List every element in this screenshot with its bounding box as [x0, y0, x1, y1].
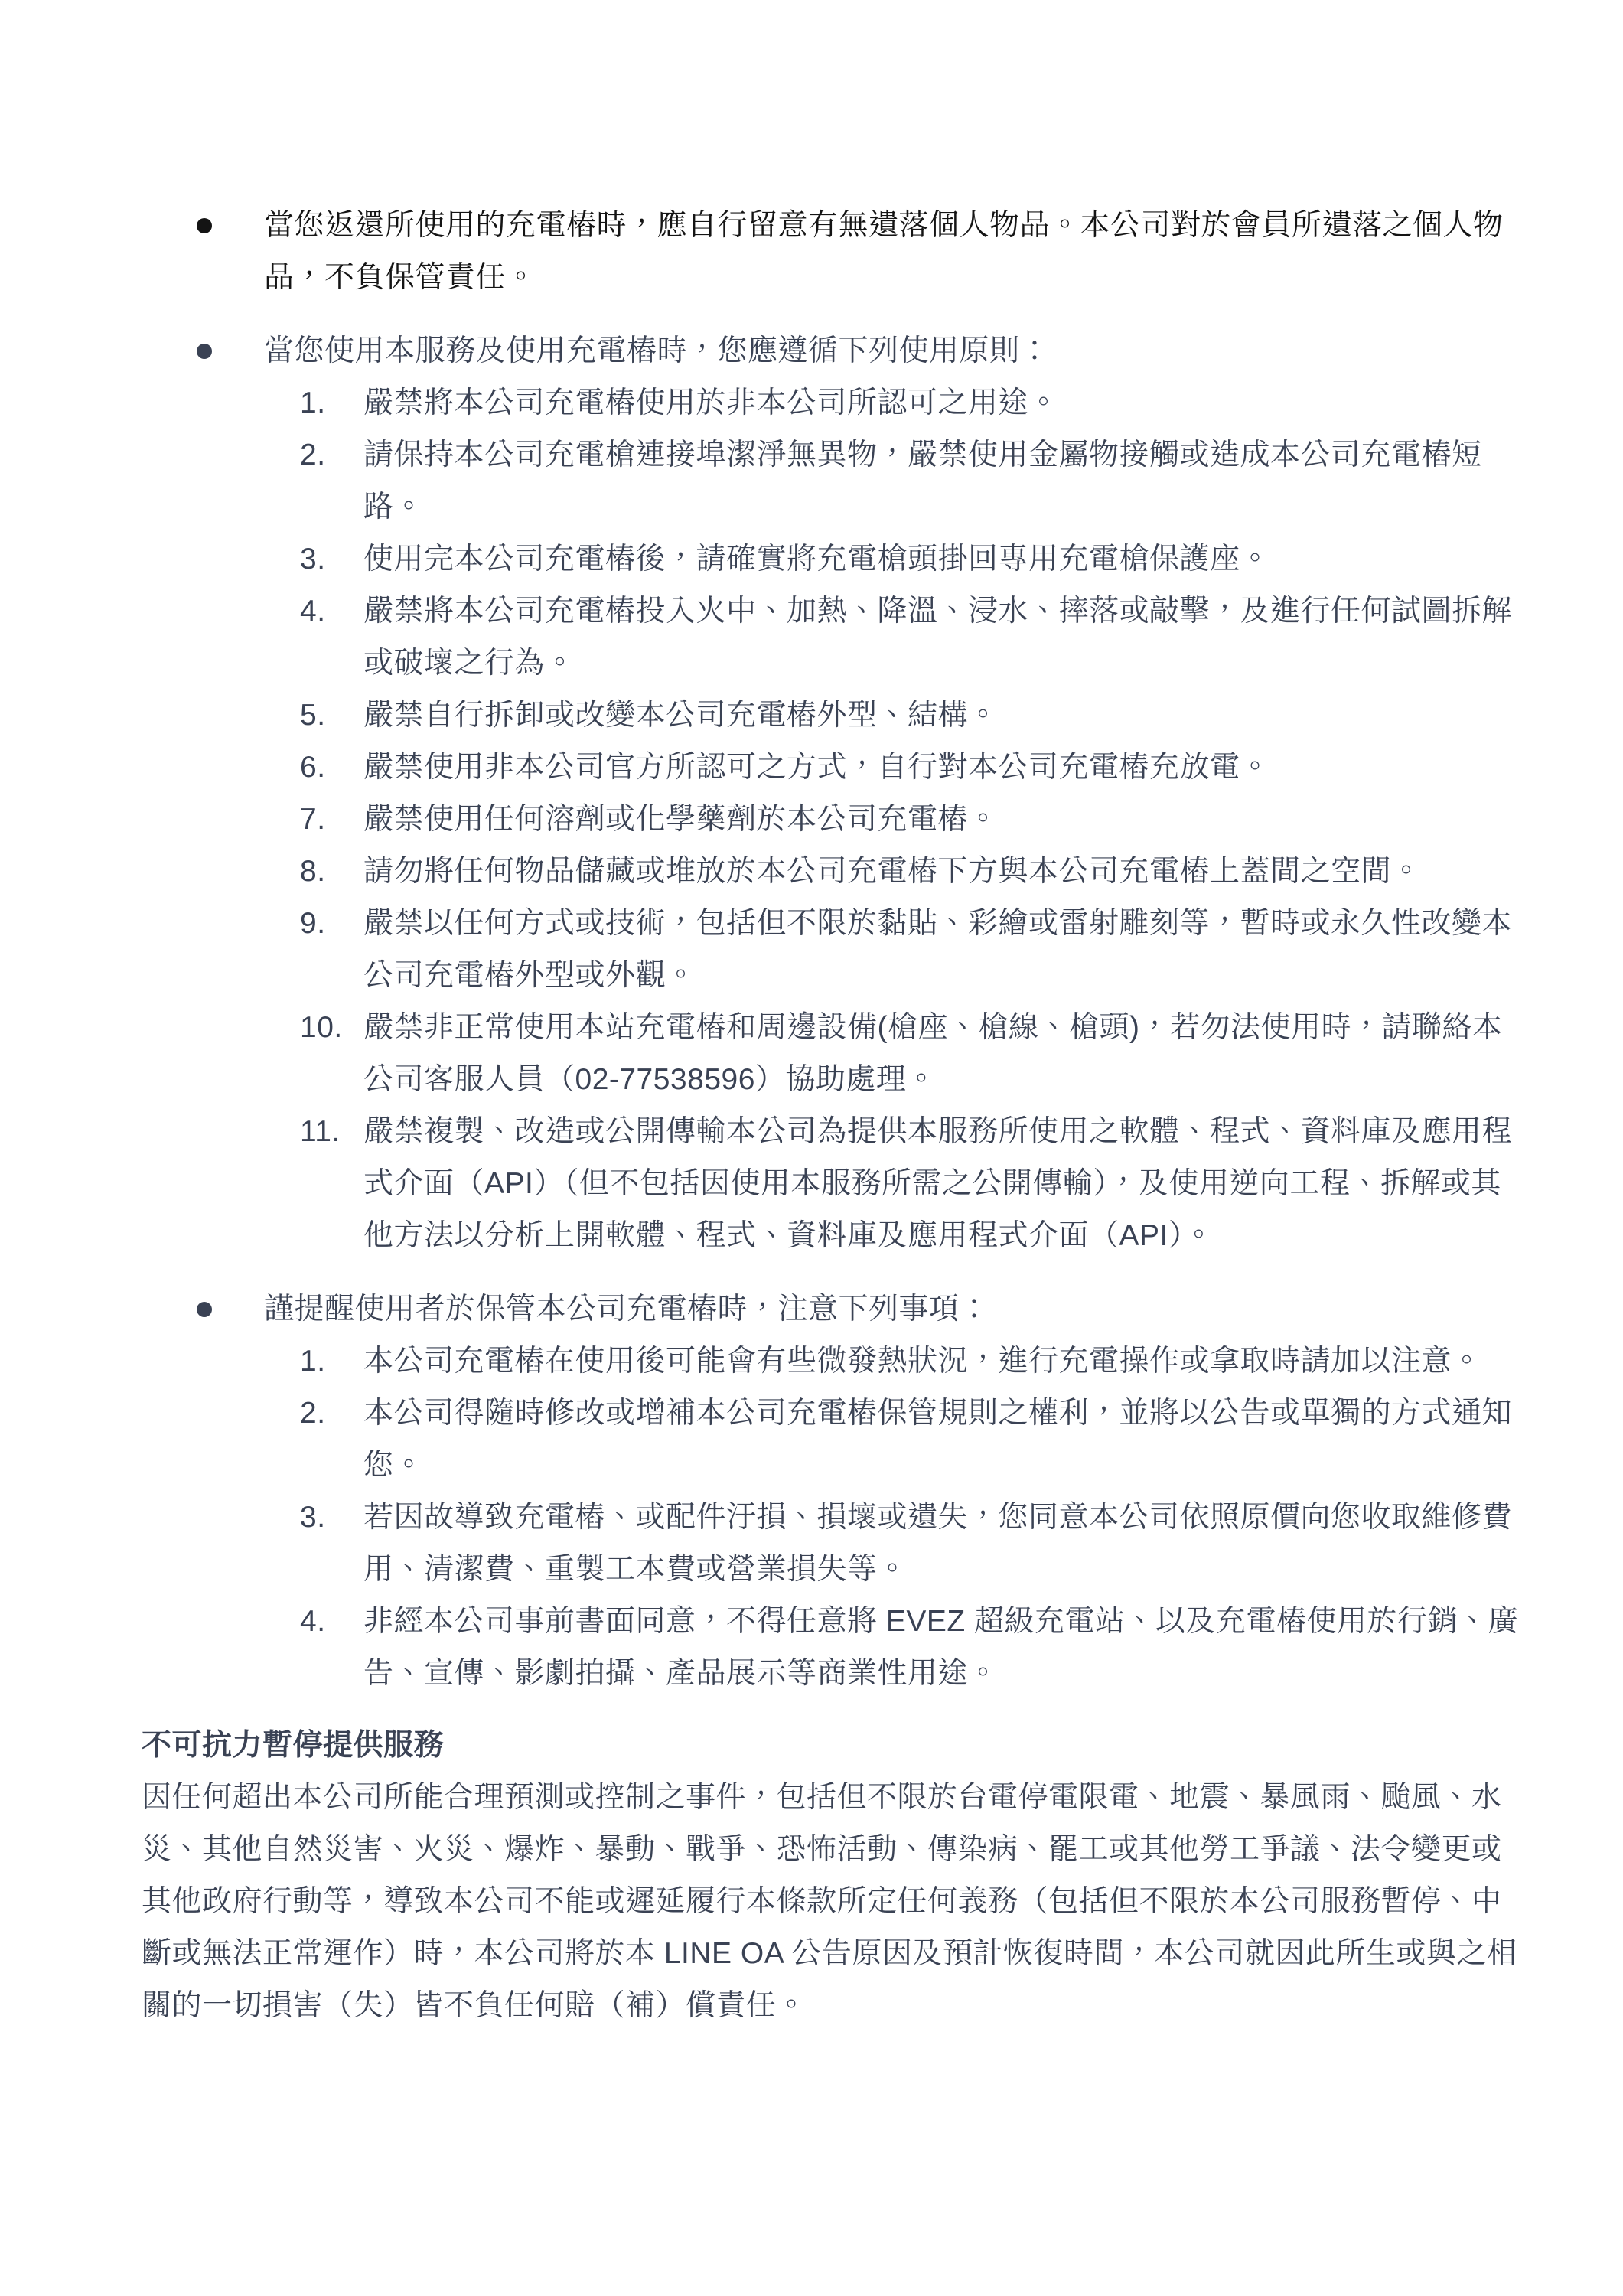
- list-number: 2.: [300, 429, 363, 533]
- list-number: 6.: [300, 742, 363, 794]
- list-item-text: 使用完本公司充電樁後，請確實將充電槍頭掛回專用充電槍保護座。: [363, 533, 1519, 585]
- list-item-text: 請勿將任何物品儲藏或堆放於本公司充電樁下方與本公司充電樁上蓋間之空間。: [363, 846, 1519, 898]
- list-item-text: 本公司充電樁在使用後可能會有些微發熱狀況，進行充電操作或拿取時請加以注意。: [363, 1336, 1519, 1388]
- bullet-dot-icon: [197, 1302, 212, 1317]
- list-item: 5. 嚴禁自行拆卸或改變本公司充電樁外型、結構。: [142, 690, 1519, 742]
- list-number: 5.: [300, 690, 363, 742]
- list-number: 1.: [300, 377, 363, 429]
- list-number: 9.: [300, 898, 363, 1002]
- list-item: 8. 請勿將任何物品儲藏或堆放於本公司充電樁下方與本公司充電樁上蓋間之空間。: [142, 846, 1519, 898]
- bullet-item: 謹提醒使用者於保管本公司充電樁時，注意下列事項：: [142, 1283, 1519, 1336]
- list-number: 4.: [300, 585, 363, 690]
- list-item-text: 若因故導致充電樁、或配件汙損、損壞或遺失，您同意本公司依照原價向您收取維修費用、…: [363, 1492, 1519, 1596]
- list-item-text: 嚴禁將本公司充電樁投入火中、加熱、降溫、浸水、摔落或敲擊，及進行任何試圖拆解或破…: [363, 585, 1519, 690]
- list-item: 6. 嚴禁使用非本公司官方所認可之方式，自行對本公司充電樁充放電。: [142, 742, 1519, 794]
- list-item: 10. 嚴禁非正常使用本站充電樁和周邊設備(槍座、槍線、槍頭)，若勿法使用時，請…: [142, 1002, 1519, 1106]
- list-item: 3. 使用完本公司充電樁後，請確實將充電槍頭掛回專用充電槍保護座。: [142, 533, 1519, 585]
- list-item: 3. 若因故導致充電樁、或配件汙損、損壞或遺失，您同意本公司依照原價向您收取維修…: [142, 1492, 1519, 1596]
- bullet-marker-column: [142, 200, 264, 304]
- list-item-text: 嚴禁將本公司充電樁使用於非本公司所認可之用途。: [363, 377, 1519, 429]
- list-item: 9. 嚴禁以任何方式或技術，包括但不限於黏貼、彩繪或雷射雕刻等，暫時或永久性改變…: [142, 898, 1519, 1002]
- list-item-text: 嚴禁非正常使用本站充電樁和周邊設備(槍座、槍線、槍頭)，若勿法使用時，請聯絡本公…: [363, 1002, 1519, 1106]
- list-item-text: 非經本公司事前書面同意，不得任意將 EVEZ 超級充電站、以及充電樁使用於行銷、…: [363, 1596, 1519, 1700]
- bullet-marker-column: [142, 325, 264, 377]
- bullet-dot-icon: [197, 344, 212, 359]
- bullet-text: 當您返還所使用的充電樁時，應自行留意有無遺落個人物品。本公司對於會員所遺落之個人…: [264, 200, 1519, 304]
- list-item-text: 本公司得隨時修改或增補本公司充電樁保管規則之權利，並將以公告或單獨的方式通知您。: [363, 1388, 1519, 1492]
- bullet-item: 當您使用本服務及使用充電樁時，您應遵循下列使用原則：: [142, 325, 1519, 377]
- list-item: 2. 請保持本公司充電槍連接埠潔淨無異物，嚴禁使用金屬物接觸或造成本公司充電樁短…: [142, 429, 1519, 533]
- list-item-text: 嚴禁自行拆卸或改變本公司充電樁外型、結構。: [363, 690, 1519, 742]
- list-item: 1. 本公司充電樁在使用後可能會有些微發熱狀況，進行充電操作或拿取時請加以注意。: [142, 1336, 1519, 1388]
- list-item-text: 嚴禁使用任何溶劑或化學藥劑於本公司充電樁。: [363, 794, 1519, 846]
- list-number: 1.: [300, 1336, 363, 1388]
- list-number: 10.: [300, 1002, 363, 1106]
- bullet-text: 當您使用本服務及使用充電樁時，您應遵循下列使用原則：: [264, 325, 1519, 377]
- list-number: 11.: [300, 1106, 363, 1262]
- list-item: 11. 嚴禁複製、改造或公開傳輸本公司為提供本服務所使用之軟體、程式、資料庫及應…: [142, 1106, 1519, 1262]
- section-paragraph: 因任何超出本公司所能合理預測或控制之事件，包括但不限於台電停電限電、地震、暴風雨…: [142, 1772, 1519, 2032]
- bullet-item: 當您返還所使用的充電樁時，應自行留意有無遺落個人物品。本公司對於會員所遺落之個人…: [142, 200, 1519, 304]
- bullet-dot-icon: [197, 218, 212, 233]
- list-item-text: 請保持本公司充電槍連接埠潔淨無異物，嚴禁使用金屬物接觸或造成本公司充電樁短路。: [363, 429, 1519, 533]
- list-number: 3.: [300, 533, 363, 585]
- list-number: 4.: [300, 1596, 363, 1700]
- list-item: 4. 非經本公司事前書面同意，不得任意將 EVEZ 超級充電站、以及充電樁使用於…: [142, 1596, 1519, 1700]
- section-heading: 不可抗力暫停提供服務: [142, 1720, 1519, 1772]
- list-item-text: 嚴禁使用非本公司官方所認可之方式，自行對本公司充電樁充放電。: [363, 742, 1519, 794]
- list-number: 7.: [300, 794, 363, 846]
- bullet-text: 謹提醒使用者於保管本公司充電樁時，注意下列事項：: [264, 1283, 1519, 1336]
- document-page: 當您返還所使用的充電樁時，應自行留意有無遺落個人物品。本公司對於會員所遺落之個人…: [0, 0, 1623, 2296]
- list-item-text: 嚴禁複製、改造或公開傳輸本公司為提供本服務所使用之軟體、程式、資料庫及應用程式介…: [363, 1106, 1519, 1262]
- list-item: 1. 嚴禁將本公司充電樁使用於非本公司所認可之用途。: [142, 377, 1519, 429]
- list-item-text: 嚴禁以任何方式或技術，包括但不限於黏貼、彩繪或雷射雕刻等，暫時或永久性改變本公司…: [363, 898, 1519, 1002]
- bullet-marker-column: [142, 1283, 264, 1336]
- list-item: 7. 嚴禁使用任何溶劑或化學藥劑於本公司充電樁。: [142, 794, 1519, 846]
- list-number: 8.: [300, 846, 363, 898]
- list-number: 2.: [300, 1388, 363, 1492]
- list-item: 2. 本公司得隨時修改或增補本公司充電樁保管規則之權利，並將以公告或單獨的方式通…: [142, 1388, 1519, 1492]
- list-item: 4. 嚴禁將本公司充電樁投入火中、加熱、降溫、浸水、摔落或敲擊，及進行任何試圖拆…: [142, 585, 1519, 690]
- list-number: 3.: [300, 1492, 363, 1596]
